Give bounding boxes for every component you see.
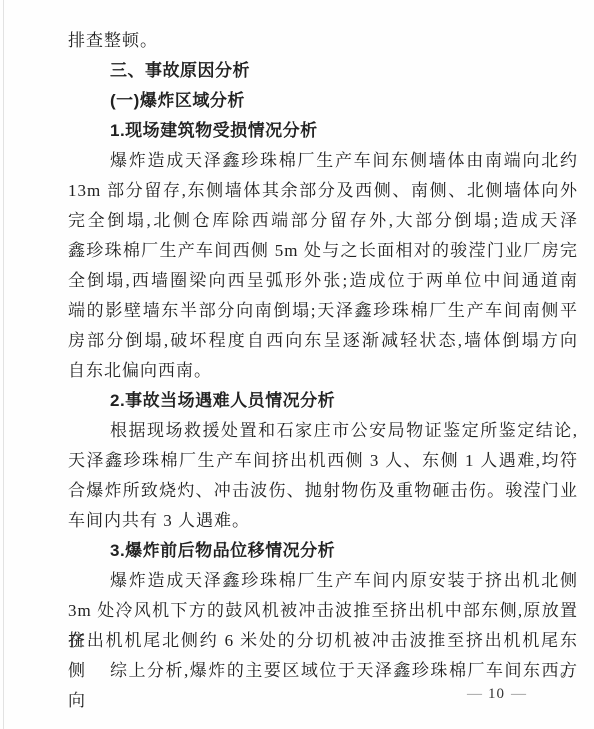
body-line: 爆炸造成天泽鑫珍珠棉厂生产车间内原安装于挤出机北侧 bbox=[68, 566, 578, 596]
body-line: 13m 部分留存,东侧墙体其余部分及西侧、南侧、北侧墙体向外 bbox=[68, 176, 578, 206]
body-line: 房部分倒塌,破坏程度自西向东呈逐渐减轻状态,墙体倒塌方向 bbox=[68, 326, 578, 356]
body-line: 车间内共有 3 人遇难。 bbox=[68, 506, 578, 536]
page-number-dash-left: — bbox=[461, 686, 488, 702]
scan-edge-line bbox=[3, 0, 4, 729]
body-line: 天泽鑫珍珠棉厂生产车间挤出机西侧 3 人、东侧 1 人遇难,均符 bbox=[68, 446, 578, 476]
body-line: 合爆炸所致烧灼、冲击波伤、抛射物伤及重物砸击伤。骏滢门业 bbox=[68, 476, 578, 506]
body-line: 鑫珍珠棉厂生产车间西侧 5m 处与之长面相对的骏滢门业厂房完 bbox=[68, 236, 578, 266]
page-number-dash-right: — bbox=[505, 686, 532, 702]
body-line: 根据现场救援处置和石家庄市公安局物证鉴定所鉴定结论, bbox=[68, 416, 578, 446]
document-page: 排查整顿。三、事故原因分析(一)爆炸区域分析1.现场建筑物受损情况分析爆炸造成天… bbox=[0, 0, 594, 729]
body-line: 爆炸造成天泽鑫珍珠棉厂生产车间东侧墙体由南端向北约 bbox=[68, 146, 578, 176]
body-line: 完全倒塌,北侧仓库除西端部分留存外,大部分倒塌;造成天泽 bbox=[68, 206, 578, 236]
body-line: 挤出机机尾北侧约 6 米处的分切机被冲击波推至挤出机机尾东侧。 bbox=[68, 626, 578, 656]
heading-3: 2.事故当场遇难人员情况分析 bbox=[68, 386, 578, 416]
page-number: —10— bbox=[461, 684, 532, 704]
document-body: 排查整顿。三、事故原因分析(一)爆炸区域分析1.现场建筑物受损情况分析爆炸造成天… bbox=[68, 26, 578, 686]
body-line: 3m 处冷风机下方的鼓风机被冲击波推至挤出机中部东侧,原放置在 bbox=[68, 596, 578, 626]
body-line: 排查整顿。 bbox=[68, 26, 578, 56]
body-line: 综上分析,爆炸的主要区域位于天泽鑫珍珠棉厂车间东西方向 bbox=[68, 656, 578, 686]
body-line: 全倒塌,西墙圈梁向西呈弧形外张;造成位于两单位中间通道南 bbox=[68, 266, 578, 296]
heading-1: 三、事故原因分析 bbox=[68, 56, 578, 86]
body-line: 端的影壁墙东半部分向南倒塌;天泽鑫珍珠棉厂生产车间南侧平 bbox=[68, 296, 578, 326]
body-line: 自东北偏向西南。 bbox=[68, 356, 578, 386]
page-number-value: 10 bbox=[488, 686, 505, 702]
heading-3: 1.现场建筑物受损情况分析 bbox=[68, 116, 578, 146]
heading-3: 3.爆炸前后物品位移情况分析 bbox=[68, 536, 578, 566]
heading-2: (一)爆炸区域分析 bbox=[68, 86, 578, 116]
